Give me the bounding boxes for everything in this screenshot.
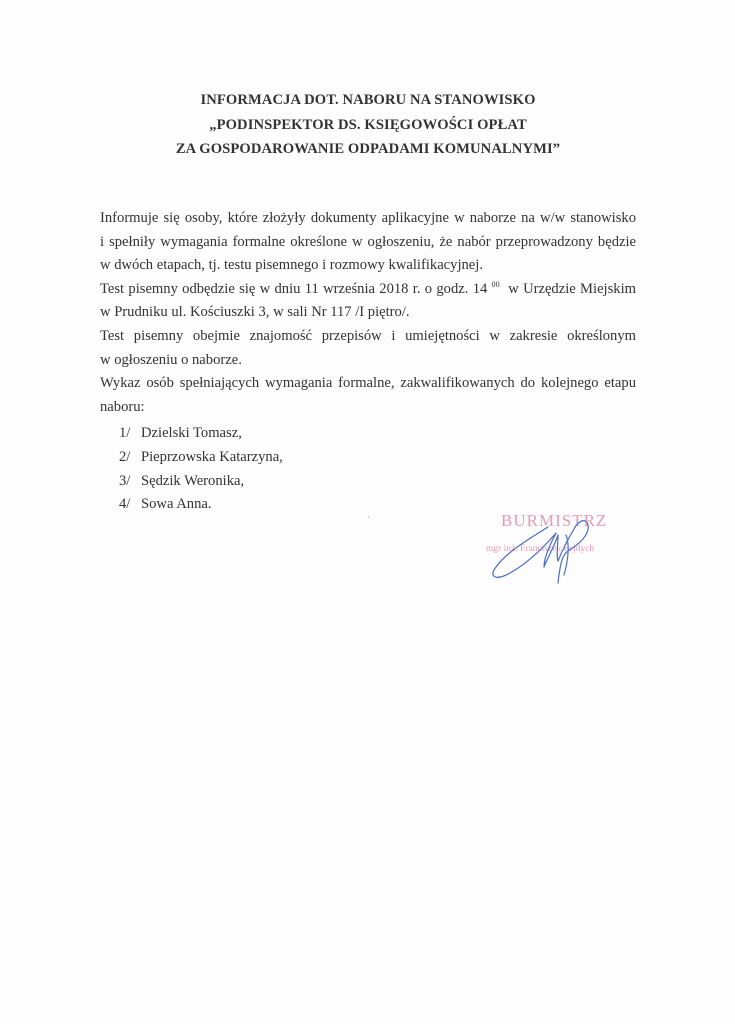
candidate-item: 3/ Sędzik Weronika, bbox=[119, 470, 636, 494]
mayor-signature-stamp: BURMISTRZ mgr inż. Franciszek Fejdych bbox=[478, 505, 638, 595]
candidate-name: Pieprzowska Katarzyna, bbox=[141, 446, 283, 470]
candidate-number: 4/ bbox=[119, 493, 141, 517]
document-body: Informuje się osoby, które złożyły dokum… bbox=[100, 207, 636, 517]
paragraph-1-line-2: i spełniły wymagania formalne określone … bbox=[100, 231, 636, 255]
paragraph-1-line-3: w dwóch etapach, tj. testu pisemnego i r… bbox=[100, 254, 636, 278]
paragraph-3-line-1: Test pisemny obejmie znajomość przepisów… bbox=[100, 325, 636, 349]
candidate-number: 3/ bbox=[119, 470, 141, 494]
paragraph-4-line-1: Wykaz osób spełniających wymagania forma… bbox=[100, 372, 636, 396]
scan-speck bbox=[368, 516, 370, 518]
title-line-1: INFORMACJA DOT. NABORU NA STANOWISKO bbox=[0, 88, 735, 113]
candidate-item: 1/ Dzielski Tomasz, bbox=[119, 422, 636, 446]
title-line-3: ZA GOSPODAROWANIE ODPADAMI KOMUNALNYMI” bbox=[0, 137, 735, 162]
candidate-name: Sędzik Weronika, bbox=[141, 470, 244, 494]
title-line-2: „PODINSPEKTOR DS. KSIĘGOWOŚCI OPŁAT bbox=[0, 113, 735, 138]
test-time-minutes: 00 bbox=[492, 280, 500, 289]
document-page: INFORMACJA DOT. NABORU NA STANOWISKO „PO… bbox=[0, 0, 735, 1024]
candidate-number: 2/ bbox=[119, 446, 141, 470]
paragraph-test-scope: Test pisemny obejmie znajomość przepisów… bbox=[100, 325, 636, 372]
candidate-name: Dzielski Tomasz, bbox=[141, 422, 242, 446]
candidate-name: Sowa Anna. bbox=[141, 493, 212, 517]
paragraph-candidates-intro: Wykaz osób spełniających wymagania forma… bbox=[100, 372, 636, 419]
test-date-text: Test pisemny odbędzie się w dniu 11 wrze… bbox=[100, 281, 487, 297]
paragraph-3-line-2: w ogłoszeniu o naborze. bbox=[100, 349, 636, 373]
paragraph-1-line-1: Informuje się osoby, które złożyły dokum… bbox=[100, 207, 636, 231]
scan-speck bbox=[388, 288, 390, 290]
handwritten-signature-icon bbox=[478, 505, 638, 595]
paragraph-announcement: Informuje się osoby, które złożyły dokum… bbox=[100, 207, 636, 278]
candidate-number: 1/ bbox=[119, 422, 141, 446]
candidate-item: 2/ Pieprzowska Katarzyna, bbox=[119, 446, 636, 470]
test-location-text: w Urzędzie Miejskim bbox=[508, 281, 636, 297]
paragraph-4-line-2: naboru: bbox=[100, 396, 636, 420]
paragraph-test-date: Test pisemny odbędzie się w dniu 11 wrze… bbox=[100, 278, 636, 325]
paragraph-2-line-2: w Prudniku ul. Kościuszki 3, w sali Nr 1… bbox=[100, 301, 636, 325]
candidate-list: 1/ Dzielski Tomasz, 2/ Pieprzowska Katar… bbox=[100, 422, 636, 516]
paragraph-2-line-1: Test pisemny odbędzie się w dniu 11 wrze… bbox=[100, 278, 636, 302]
document-title: INFORMACJA DOT. NABORU NA STANOWISKO „PO… bbox=[0, 88, 735, 162]
